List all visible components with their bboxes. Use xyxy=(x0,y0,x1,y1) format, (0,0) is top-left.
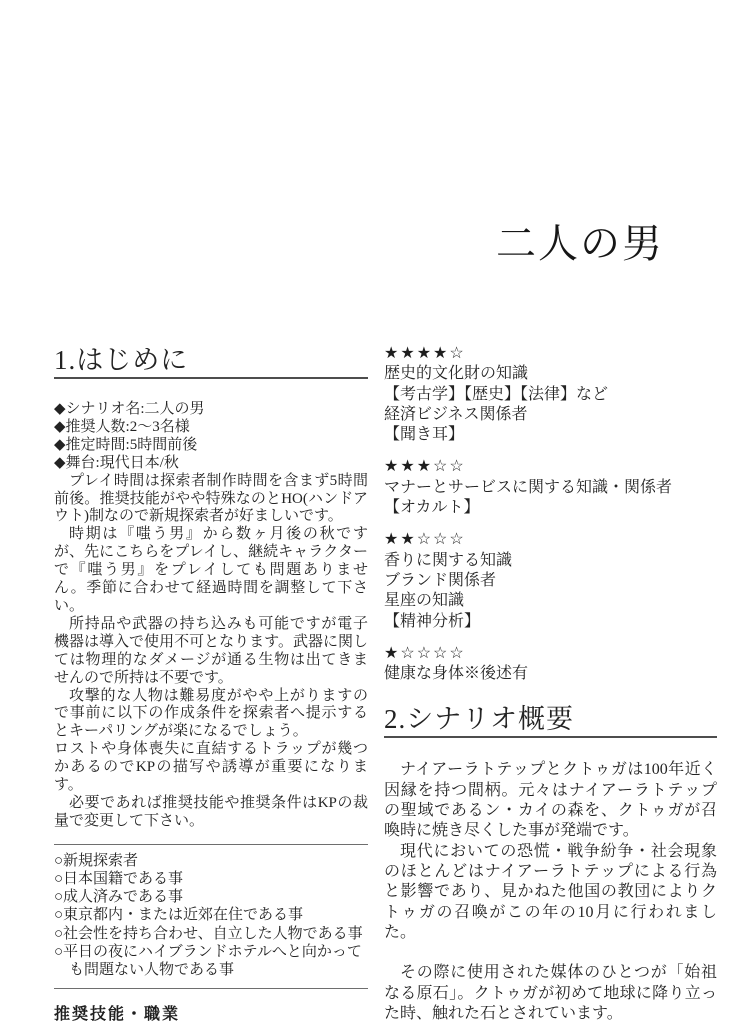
document-title: 二人の男 xyxy=(496,212,664,269)
star-rating: ★☆☆☆☆ xyxy=(384,644,717,664)
creation-conditions-list: ○新規探索者○日本国籍である事○成人済みである事○東京都内・または近郊在住である… xyxy=(54,844,368,989)
intro-paragraph: 攻撃的な人物は難易度がやや上がりますので事前に以下の作成条件を探索者へ提示すると… xyxy=(54,688,368,742)
scenario-info-item: ◆舞台:現代日本/秋 xyxy=(54,455,368,473)
creation-condition-item: ○成人済みである事 xyxy=(54,888,368,906)
skill-line: 【オカルト】 xyxy=(384,498,717,518)
overview-paragraphs: ナイアーラトテップとクトゥガは100年近く因縁を持つ間柄。元々はナイアーラトテッ… xyxy=(384,760,717,1024)
scenario-info-item: ◆推奨人数:2〜3名様 xyxy=(54,419,368,437)
section-2-heading: 2.シナリオ概要 xyxy=(384,704,717,738)
overview-paragraph: その際に使用された媒体のひとつが「始祖なる原石」。クトゥガが初めて地球に降り立っ… xyxy=(384,963,717,1024)
intro-paragraph: ロストや身体喪失に直結するトラップが幾つかあるのでKPの描写や誘導が重要になりま… xyxy=(54,741,368,795)
skill-line: ブランド関係者 xyxy=(384,571,717,591)
star-rating: ★★☆☆☆ xyxy=(384,530,717,550)
scenario-info-item: ◆推定時間:5時間前後 xyxy=(54,437,368,455)
intro-paragraphs: プレイ時間は探索者制作時間を含まず5時間前後。推奨技能がやや特殊なのとHO(ハン… xyxy=(54,473,368,831)
skill-line: 健康な身体※後述有 xyxy=(384,664,717,684)
scenario-info-list: ◆シナリオ名:二人の男◆推奨人数:2〜3名様◆推定時間:5時間前後◆舞台:現代日… xyxy=(54,401,368,473)
section-1-heading: 1.はじめに xyxy=(54,345,368,379)
document-page: 二人の男 1.はじめに ◆シナリオ名:二人の男◆推奨人数:2〜3名様◆推定時間:… xyxy=(0,0,742,1024)
skill-line: 【聞き耳】 xyxy=(384,425,717,445)
skill-rating-block: ★★★★☆歴史的文化財の知識【考古学】【歴史】【法律】など経済ビジネス関係者【聞… xyxy=(384,344,717,445)
skill-rating-blocks: ★★★★☆歴史的文化財の知識【考古学】【歴史】【法律】など経済ビジネス関係者【聞… xyxy=(384,344,717,684)
right-column: ★★★★☆歴史的文化財の知識【考古学】【歴史】【法律】など経済ビジネス関係者【聞… xyxy=(384,344,717,1024)
overview-paragraph: 現代においての恐慌・戦争紛争・社会現象のほとんどはナイアーラトテップによる行為と… xyxy=(384,842,717,943)
skill-line: 星座の知識 xyxy=(384,591,717,611)
intro-paragraph: 時期は『嗤う男』から数ヶ月後の秋ですが、先にこちらをプレイし、継続キャラクターで… xyxy=(54,526,368,616)
creation-condition-item: ○新規探索者 xyxy=(54,852,368,870)
star-rating: ★★★★☆ xyxy=(384,344,717,364)
skill-line: 経済ビジネス関係者 xyxy=(384,405,717,425)
intro-paragraph: 必要であれば推奨技能や推奨条件はKPの裁量で変更して下さい。 xyxy=(54,795,368,831)
skill-line: マナーとサービスに関する知識・関係者 xyxy=(384,478,717,498)
skill-rating-block: ★★☆☆☆香りに関する知識ブランド関係者星座の知識【精神分析】 xyxy=(384,530,717,631)
skill-line: 香りに関する知識 xyxy=(384,551,717,571)
skill-rating-block: ★★★☆☆マナーとサービスに関する知識・関係者【オカルト】 xyxy=(384,457,717,518)
intro-paragraph: プレイ時間は探索者制作時間を含まず5時間前後。推奨技能がやや特殊なのとHO(ハン… xyxy=(54,473,368,527)
scenario-info-item: ◆シナリオ名:二人の男 xyxy=(54,401,368,419)
intro-paragraph: 所持品や武器の持ち込みも可能ですが電子機器は導入で使用不可となります。武器に関し… xyxy=(54,616,368,688)
creation-condition-item: ○日本国籍である事 xyxy=(54,870,368,888)
skill-line: 【考古学】【歴史】【法律】など xyxy=(384,385,717,405)
overview-paragraph: ナイアーラトテップとクトゥガは100年近く因縁を持つ間柄。元々はナイアーラトテッ… xyxy=(384,760,717,841)
creation-condition-item: ○東京都内・または近郊在住である事 xyxy=(54,906,368,924)
left-column: 1.はじめに ◆シナリオ名:二人の男◆推奨人数:2〜3名様◆推定時間:5時間前後… xyxy=(54,345,368,1024)
skill-line: 【精神分析】 xyxy=(384,612,717,632)
recommended-skills-label: 推奨技能・職業 xyxy=(54,1001,368,1024)
star-rating: ★★★☆☆ xyxy=(384,457,717,477)
skill-line: 歴史的文化財の知識 xyxy=(384,364,717,384)
creation-condition-item: ○社会性を持ち合わせ、自立した人物である事 xyxy=(54,925,368,943)
skill-rating-block: ★☆☆☆☆健康な身体※後述有 xyxy=(384,644,717,685)
creation-condition-item: ○平日の夜にハイブランドホテルへと向かっても問題ない人物である事 xyxy=(54,943,368,979)
